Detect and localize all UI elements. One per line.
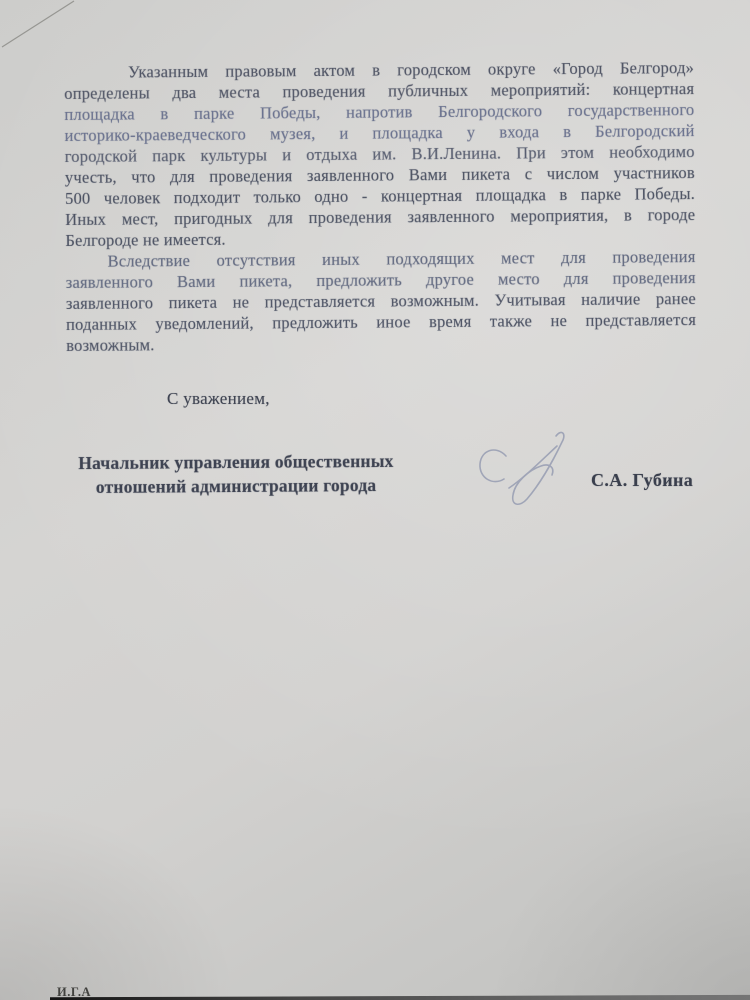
scanned-letter-page: Указанным правовым актом в городском окр… [0,0,750,1000]
signer-position-block: Начальник управления общественных отноше… [69,450,403,499]
signer-position-line: отношений администрации города [69,473,403,499]
paper-crease-line [0,0,90,55]
signer-name: С.А. Губина [591,470,693,491]
letter-body: Указанным правовым актом в городском окр… [64,57,696,356]
handwritten-signature [468,420,583,520]
executor-footer-fragment: И.Г.А [57,985,257,997]
signer-position-line: Начальник управления общественных [69,450,403,476]
closing-salutation: С уважением, [167,389,270,409]
executor-footer-clipped: И.Г.А [57,985,257,997]
